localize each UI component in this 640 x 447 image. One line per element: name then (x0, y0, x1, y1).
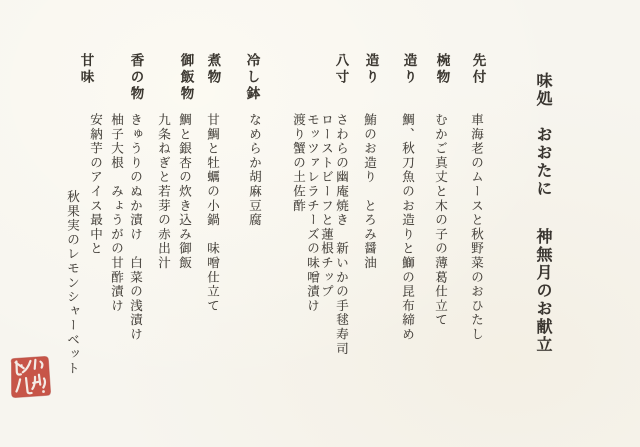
dish-line: ローストビーフと蓮根チップ (320, 113, 333, 299)
dish-line: 安納芋のアイス最中と (89, 113, 102, 256)
course-label-konomono: 香の物 (128, 53, 142, 103)
course-label-gohanmono: 御飯物 (178, 53, 192, 103)
dish-line: 鯛と銀杏の炊き込み御飯 (178, 113, 191, 270)
course-label-hassun: 八寸 (333, 53, 347, 86)
dish-line: 九条ねぎと若芽の赤出汁 (157, 113, 170, 270)
dish-line: 車海老のムースと秋野菜のおひたし (470, 113, 483, 342)
menu-subtitle: 神無月のお献立 (535, 228, 551, 354)
course-label-nimono: 煮物 (205, 53, 219, 86)
dish-line: モッツァレラチーズの味噌漬け (306, 113, 319, 313)
menu-title: 味処 おおたに (535, 72, 551, 198)
course-label-tsukuri-2: 造り (363, 53, 377, 86)
dish-line: 鯛、秋刀魚のお造りと鰤の昆布締め (401, 113, 414, 342)
course-label-tsukuri-1: 造り (401, 53, 415, 86)
dish-line: なめらか胡麻豆腐 (248, 113, 261, 227)
dish-line: むかご真丈と木の子の薄葛仕立て (434, 113, 447, 328)
course-label-hiyashibachi: 冷し鉢 (244, 53, 258, 103)
dish-line: 秋果実のレモンシャーベット (66, 190, 79, 376)
dish-line: 甘鯛と牡蠣の小鍋 味噌仕立て (206, 113, 219, 313)
dish-line: 渡り蟹の土佐酢 (292, 113, 305, 213)
course-label-wanmono: 椀物 (434, 53, 448, 86)
dish-line: きゅうりのぬか漬け 白菜の浅漬け (129, 113, 142, 342)
dish-line: 鮪のお造り とろみ醤油 (363, 113, 376, 270)
course-label-kanmi: 甘味 (78, 53, 92, 86)
hanko-stamp-icon (7, 354, 53, 400)
menu-page: 味処 おおたに 神無月のお献立 先付 車海老のムースと秋野菜のおひたし 椀物 む… (0, 0, 640, 447)
dish-line: 柚子大根 みょうがの甘酢漬け (110, 113, 123, 313)
dish-line: さわらの幽庵焼き 新いかの手毬寿司 (335, 113, 348, 356)
course-label-sakizuke: 先付 (470, 53, 484, 86)
